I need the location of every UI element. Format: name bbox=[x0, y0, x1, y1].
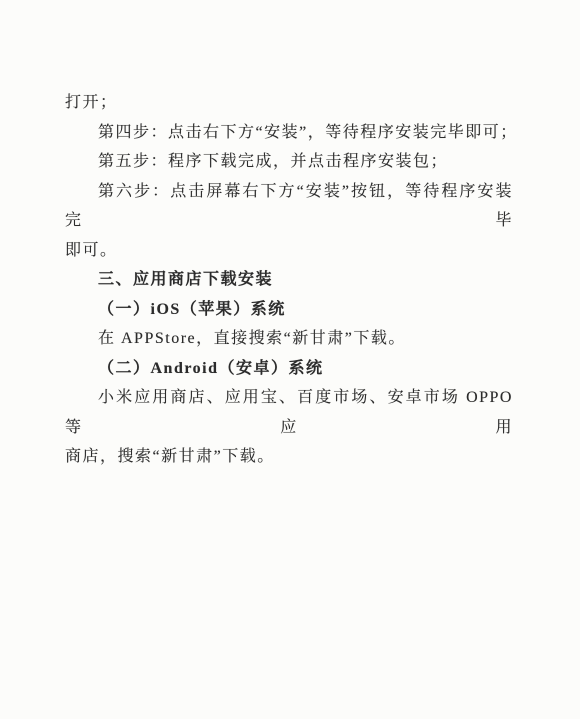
step-line-5: 第五步：程序下载完成，并点击程序安装包； bbox=[65, 147, 513, 177]
body-line-android: 小米应用商店、应用宝、百度市场、安卓市场 OPPO 等应用 bbox=[65, 383, 513, 442]
step-line-4: 第四步：点击右下方“安装”，等待程序安装完毕即可； bbox=[65, 118, 513, 148]
document-page: 打开； 第四步：点击右下方“安装”，等待程序安装完毕即可； 第五步：程序下载完成… bbox=[0, 0, 580, 719]
paragraph-continuation: 商店，搜索“新甘肃”下载。 bbox=[65, 442, 513, 472]
body-line-ios: 在 APPStore，直接搜索“新甘肃”下载。 bbox=[65, 324, 513, 354]
subsection-heading-android: （二）Android（安卓）系统 bbox=[65, 354, 513, 384]
scanned-document-page: { "page": { "background": "#fcfcfa", "te… bbox=[0, 0, 580, 719]
subsection-heading-ios: （一）iOS（苹果）系统 bbox=[65, 295, 513, 325]
paragraph-continuation: 打开； bbox=[65, 88, 513, 118]
step-line-6: 第六步：点击屏幕右下方“安装”按钮，等待程序安装完毕 bbox=[65, 177, 513, 236]
section-heading: 三、应用商店下载安装 bbox=[65, 265, 513, 295]
document-text-block: 打开； 第四步：点击右下方“安装”，等待程序安装完毕即可； 第五步：程序下载完成… bbox=[65, 88, 513, 472]
paragraph-continuation: 即可。 bbox=[65, 236, 513, 266]
